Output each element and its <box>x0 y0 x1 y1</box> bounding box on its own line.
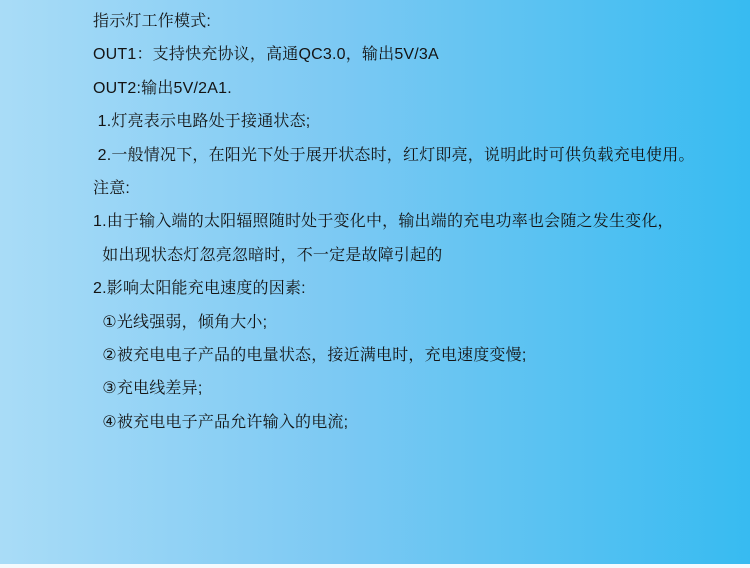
line-notice-1: 1.由于输入端的太阳辐照随时处于变化中，输出端的充电功率也会随之发生变化， <box>93 205 730 238</box>
text-block: 指示灯工作模式: OUT1：支持快充协议，高通QC3.0，输出5V/3A OUT… <box>0 0 750 439</box>
line-notice-1-continued: 如出现状态灯忽亮忽暗时，不一定是故障引起的 <box>93 239 730 272</box>
line-factor-1: ①光线强弱，倾角大小; <box>93 306 730 339</box>
line-mode-note-1: 1.灯亮表示电路处于接通状态; <box>93 105 730 138</box>
product-description-page: 指示灯工作模式: OUT1：支持快充协议，高通QC3.0，输出5V/3A OUT… <box>0 0 750 568</box>
line-mode-note-2: 2.一般情况下，在阳光下处于展开状态时，红灯即亮，说明此时可供负载充电使用。 <box>93 139 730 172</box>
line-notice-title: 注意: <box>93 172 730 205</box>
line-factor-2: ②被充电电子产品的电量状态，接近满电时，充电速度变慢; <box>93 339 730 372</box>
bottom-strip <box>0 564 750 568</box>
line-out1-spec: OUT1：支持快充协议，高通QC3.0，输出5V/3A <box>93 38 730 71</box>
line-notice-2: 2.影响太阳能充电速度的因素: <box>93 272 730 305</box>
line-out2-spec: OUT2:输出5V/2A1. <box>93 72 730 105</box>
line-factor-4: ④被充电电子产品允许输入的电流; <box>93 406 730 439</box>
line-factor-3: ③充电线差异; <box>93 372 730 405</box>
line-indicator-mode-title: 指示灯工作模式: <box>93 5 730 38</box>
